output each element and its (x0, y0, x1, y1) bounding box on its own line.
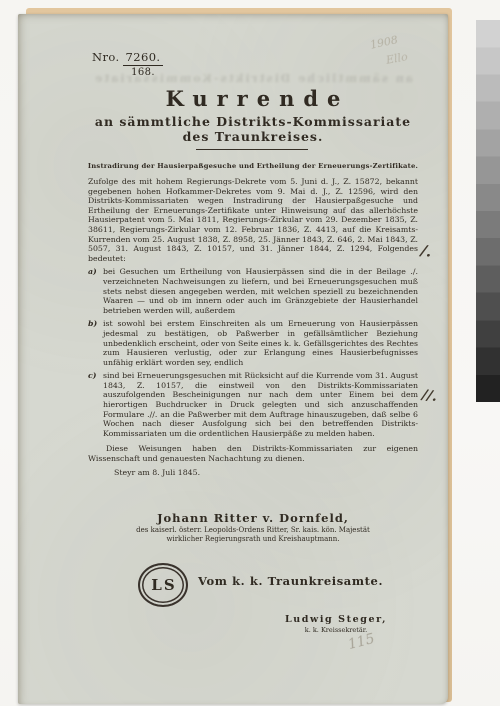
secretary-name: Ludwig Steger, (266, 614, 406, 625)
signer-name: Johann Ritter v. Dornfeld, (88, 511, 418, 525)
document-number-fraction: 7260.168. (123, 50, 164, 78)
page-subtitle-line1: an sämmtliche Distrikts-Kommissariate (88, 114, 418, 129)
grayscale-calibration-strip (476, 20, 500, 402)
document-number-bottom: 168. (123, 67, 164, 78)
ink-margin-mark-item-c: //. (421, 387, 438, 405)
list-item-c: c) sind bei Erneuerungsgesuchen mit Rück… (88, 371, 418, 438)
list-item-a-text: bei Gesuchen um Ertheilung von Hausierpä… (103, 267, 418, 314)
signer-title-line1: des kaiserl. österr. Leopolds-Ordens Rit… (58, 526, 448, 534)
document-number: Nro.7260.168. (92, 50, 163, 78)
official-seal: LS (138, 563, 188, 607)
document-page: Nro.7260.168. an sämmtliche Distrikts-Ko… (18, 14, 448, 704)
seal-monogram: LS (149, 576, 176, 594)
list-item-b-text: ist sowohl bei erstem Einschreiten als u… (103, 319, 418, 366)
body-text-column: Zufolge des mit hohem Regierungs-Dekrete… (88, 177, 418, 477)
list-item-c-label: c) (88, 371, 96, 381)
scan-stage: Nro.7260.168. an sämmtliche Distrikts-Ko… (0, 0, 500, 706)
document-number-label: Nro. (92, 50, 120, 64)
subject-summary-line: Instradirung der Hausierpaßgesuche und E… (76, 162, 430, 170)
opening-paragraph: Zufolge des mit hohem Regierungs-Dekrete… (88, 177, 418, 263)
secretary-title: k. k. Kreissekretär. (266, 626, 406, 634)
closing-paragraph: Diese Weisungen haben den Distrikts-Komm… (88, 444, 418, 463)
list-item-a-label: a) (88, 267, 97, 277)
list-item-b-label: b) (88, 319, 97, 329)
signer-title-line2: wirklicher Regierungsrath und Kreishaupt… (58, 535, 448, 543)
page-subtitle-line2: des Traunkreises. (88, 129, 418, 144)
document-number-top: 7260. (123, 50, 164, 66)
issuing-office-line: Vom k. k. Traunkreisamte. (198, 574, 383, 588)
pencil-annotation-top-line1: 1908 (369, 33, 399, 52)
pencil-annotation-bottom-number: 115 (346, 631, 376, 653)
list-item-a: a) bei Gesuchen um Ertheilung von Hausie… (88, 267, 418, 315)
page-title: Kurrende (88, 86, 418, 111)
dateline: Steyr am 8. Juli 1845. (114, 468, 418, 478)
pencil-annotation-top-line2: Ello (385, 50, 409, 67)
title-divider-rule (196, 149, 308, 150)
list-item-b: b) ist sowohl bei erstem Einschreiten al… (88, 319, 418, 367)
ink-margin-mark-item-a: /. (420, 241, 434, 261)
secretary-block: Ludwig Steger, k. k. Kreissekretär. (266, 614, 406, 634)
list-item-c-text: sind bei Erneuerungsgesuchen mit Rücksic… (103, 371, 418, 438)
